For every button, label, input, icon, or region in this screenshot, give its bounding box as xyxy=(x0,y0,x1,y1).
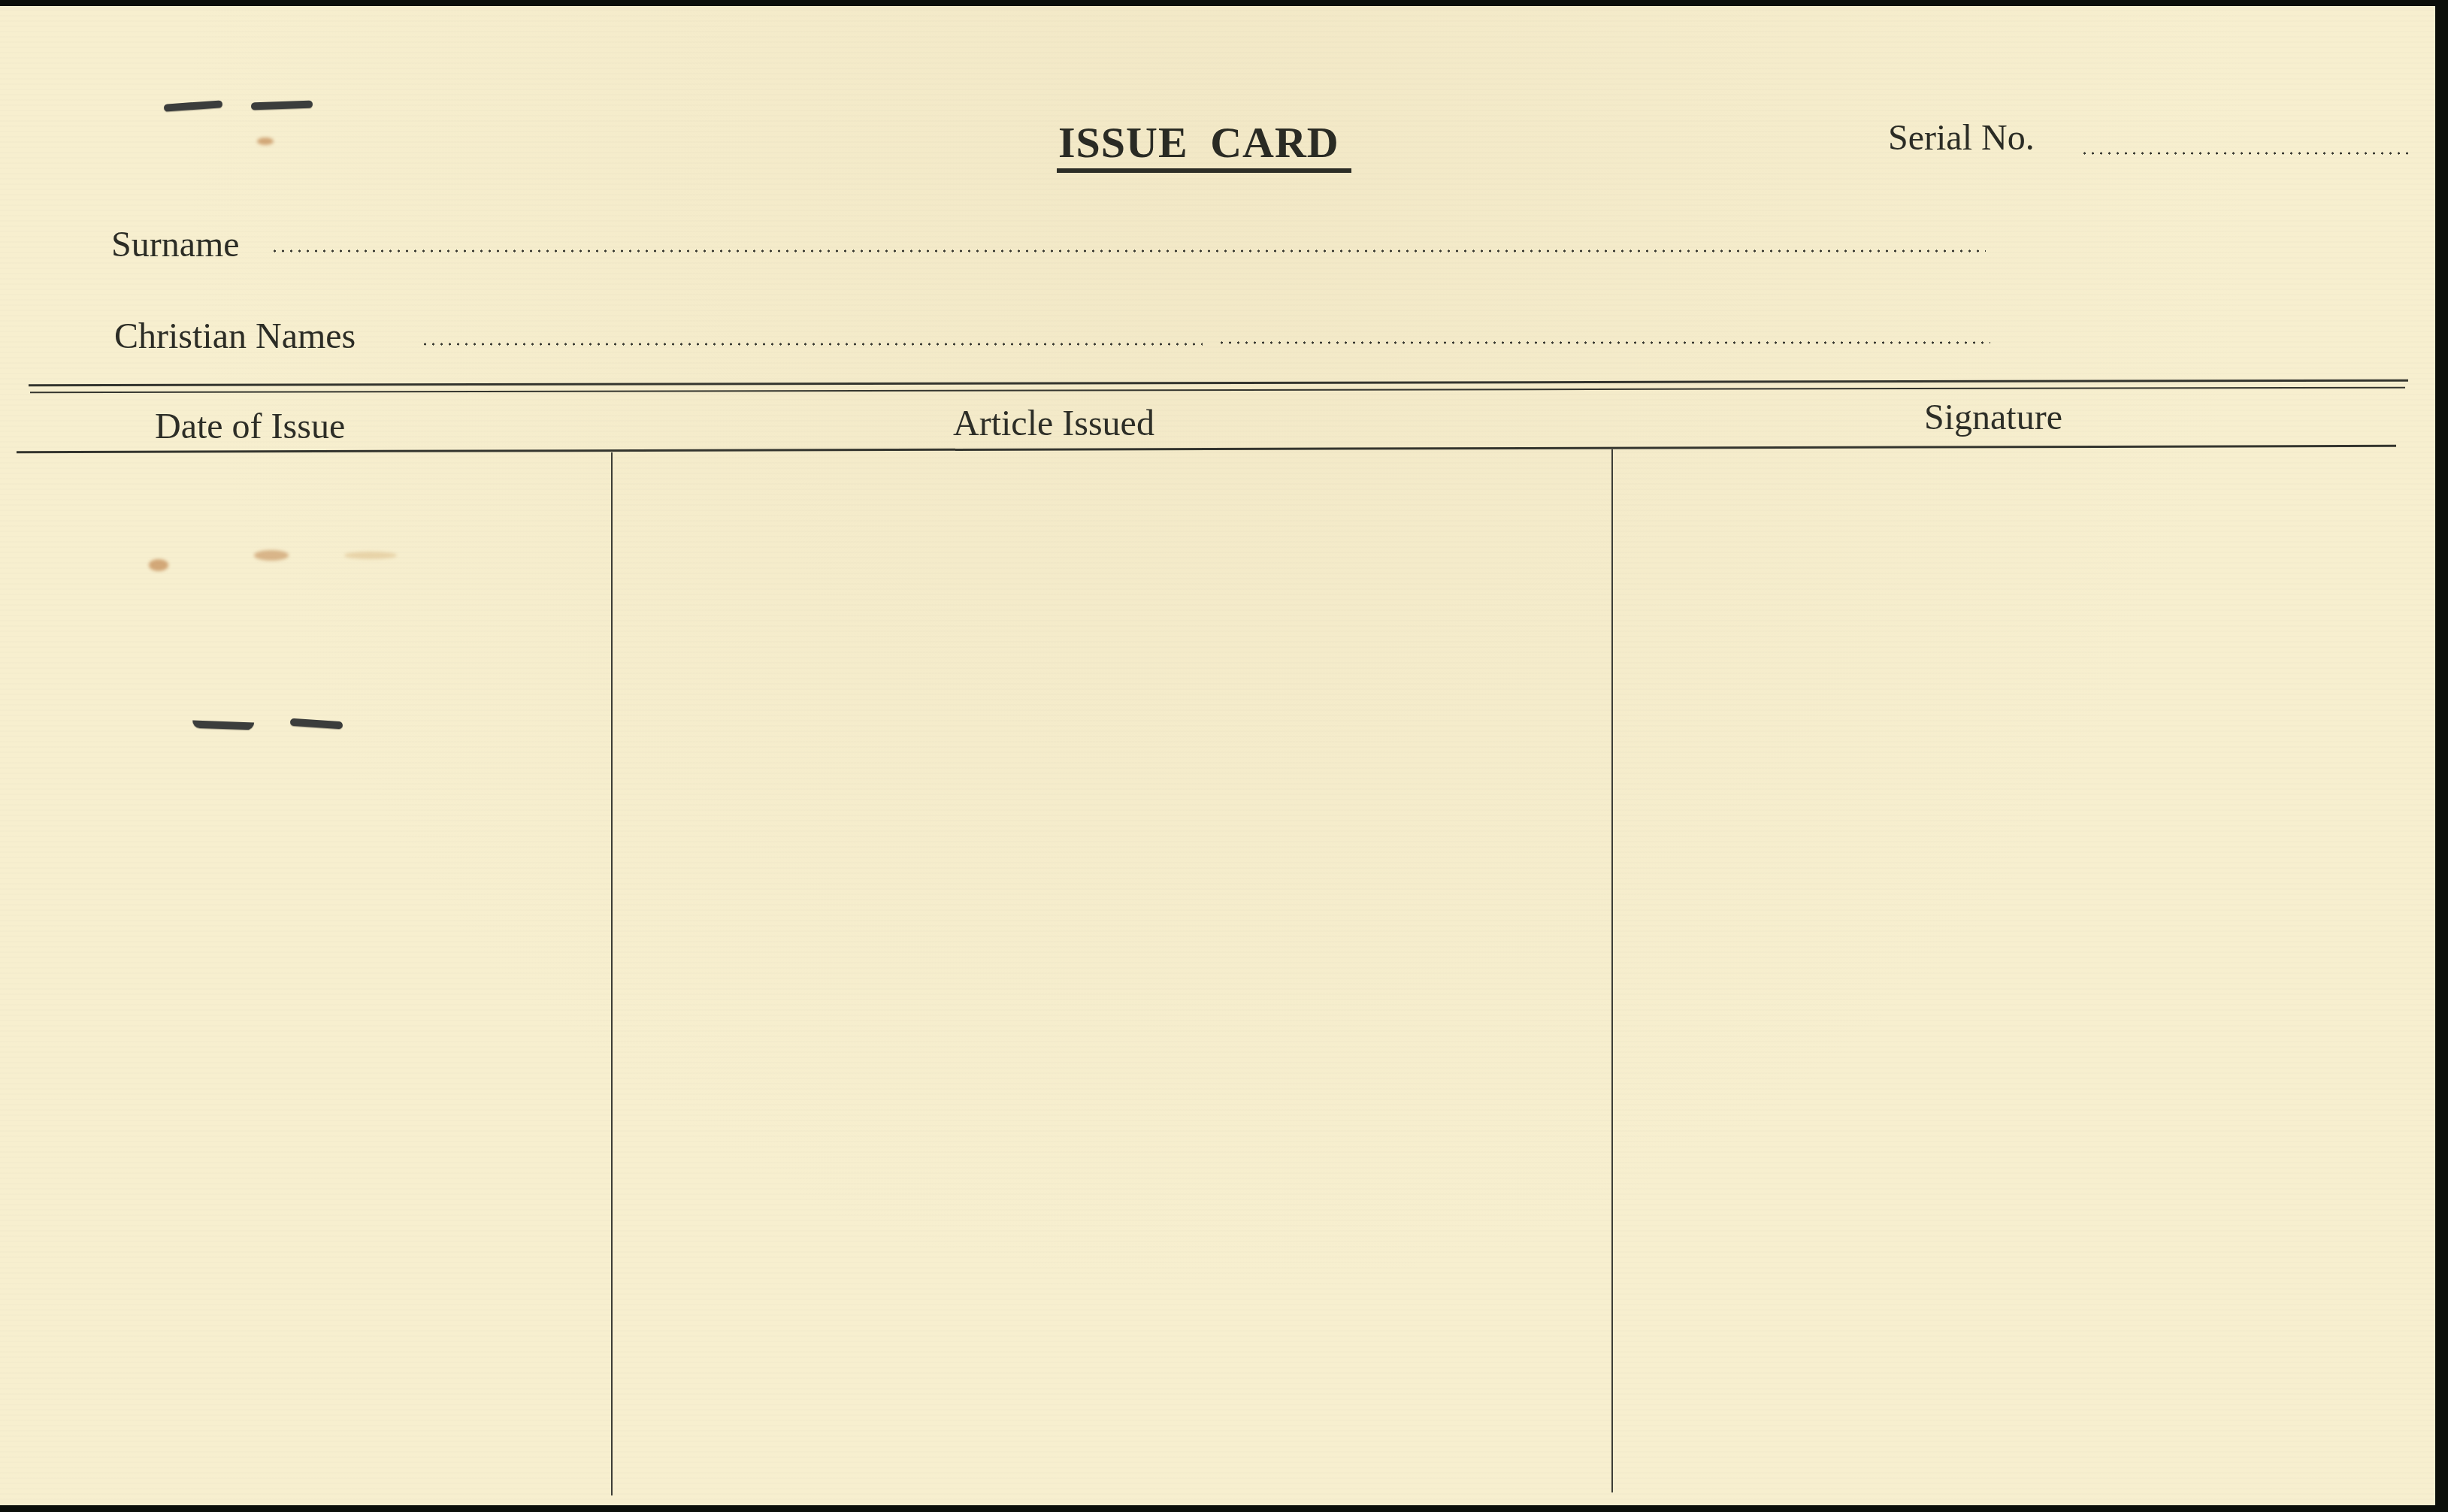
christian-names-label: Christian Names xyxy=(114,316,356,357)
staple-icon xyxy=(251,101,313,110)
divider-double-top xyxy=(29,380,2408,387)
rust-stain xyxy=(254,550,289,561)
column-header-signature: Signature xyxy=(1924,397,2062,438)
surname-label: Surname xyxy=(111,224,240,265)
issue-card: ISSUE CARD Serial No. Surname Christian … xyxy=(0,6,2435,1505)
christian-names-field[interactable] xyxy=(421,325,1990,355)
serial-field[interactable] xyxy=(2080,134,2411,164)
title-underline xyxy=(1057,168,1351,173)
surname-field[interactable] xyxy=(271,231,1986,262)
column-header-date-of-issue: Date of Issue xyxy=(155,406,345,447)
signature-column[interactable] xyxy=(1616,454,2398,1491)
rust-stain xyxy=(344,552,397,559)
rust-stain xyxy=(149,559,168,571)
article-issued-column[interactable] xyxy=(615,454,1608,1491)
divider-double-bottom xyxy=(30,387,2405,394)
column-header-article-issued: Article Issued xyxy=(953,403,1154,444)
card-title: ISSUE CARD xyxy=(1058,117,1339,168)
date-of-issue-column[interactable] xyxy=(18,454,609,1491)
column-divider-2 xyxy=(1611,449,1613,1492)
rust-stain xyxy=(257,138,274,145)
staple-icon xyxy=(164,100,223,111)
serial-label: Serial No. xyxy=(1888,117,2035,159)
header-rule xyxy=(17,445,2396,453)
column-divider-1 xyxy=(611,452,613,1495)
